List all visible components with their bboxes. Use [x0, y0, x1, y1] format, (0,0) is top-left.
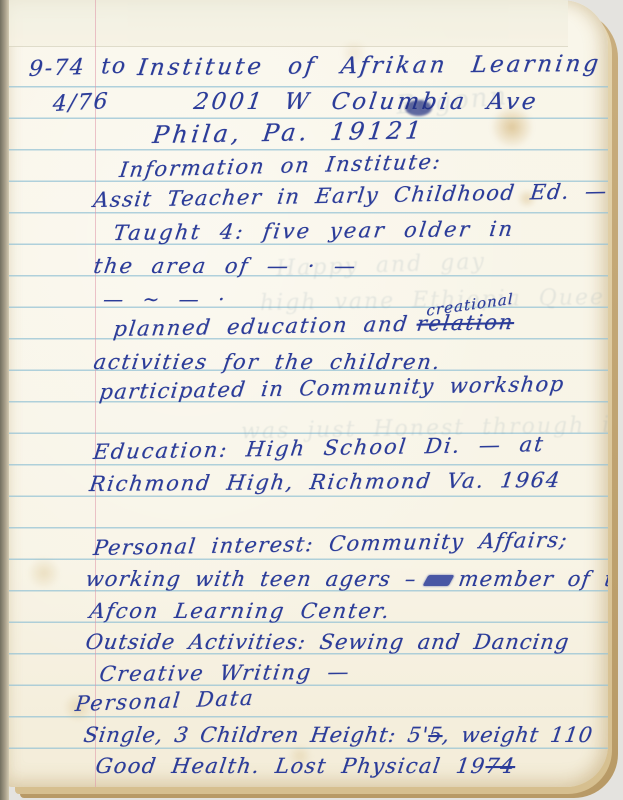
margin-rule-line [95, 0, 96, 787]
activities-line: activities for the children. [92, 350, 443, 374]
struck-year-digits: 74 [484, 754, 517, 778]
stain [26, 558, 62, 588]
date-range-start: 9-74 to [28, 53, 128, 82]
personal-interest-line-3: Afcon Learning Center. [88, 599, 392, 623]
personal2-before-text: Good Health. Lost Physical 19 [94, 754, 487, 778]
address-line-1: 2001 W Columbia Ave [192, 89, 540, 115]
date-range-end: 4/76 [52, 89, 110, 117]
personal-interest-line-2: working with teen agers –member of the [84, 567, 608, 591]
personal1-after-text: , weight 110 [441, 723, 595, 747]
area-line: the area of — · — [92, 254, 359, 278]
organization-name: Institute of Afrikan Learning [136, 51, 603, 81]
dash-line: — ~ — · [102, 287, 229, 311]
scribbled-out-word [422, 575, 454, 586]
taught-line: Taught 4: five year older in [112, 217, 516, 245]
education-line-2: Richmond High, Richmond Va. 1964 [88, 468, 563, 496]
personal-data-line-1: Single, 3 Children Height: 5'5, weight 1… [82, 723, 594, 747]
notebook-scan: Begonn Happy and gay high vane Ethiopia … [0, 0, 623, 800]
ink-blot [405, 100, 432, 116]
correction-edit: creationalrelation [415, 310, 515, 336]
outside-activities-line-2: Creative Writing — [98, 660, 352, 686]
interest-after-text: member of the [457, 567, 608, 591]
personal1-before-text: Single, 3 Children Height: 5' [82, 723, 430, 747]
notebook-page: Begonn Happy and gay high vane Ethiopia … [8, 0, 608, 787]
previous-leaf-edge [8, 0, 568, 47]
personal-data-line-2: Good Health. Lost Physical 1974 [94, 754, 517, 778]
binding-edge [0, 0, 9, 800]
outside-activities-line-1: Outside Activities: Sewing and Dancing [84, 630, 571, 654]
interest-before-text: working with teen agers – [84, 567, 418, 591]
address-line-2: Phila, Pa. 19121 [151, 116, 426, 149]
